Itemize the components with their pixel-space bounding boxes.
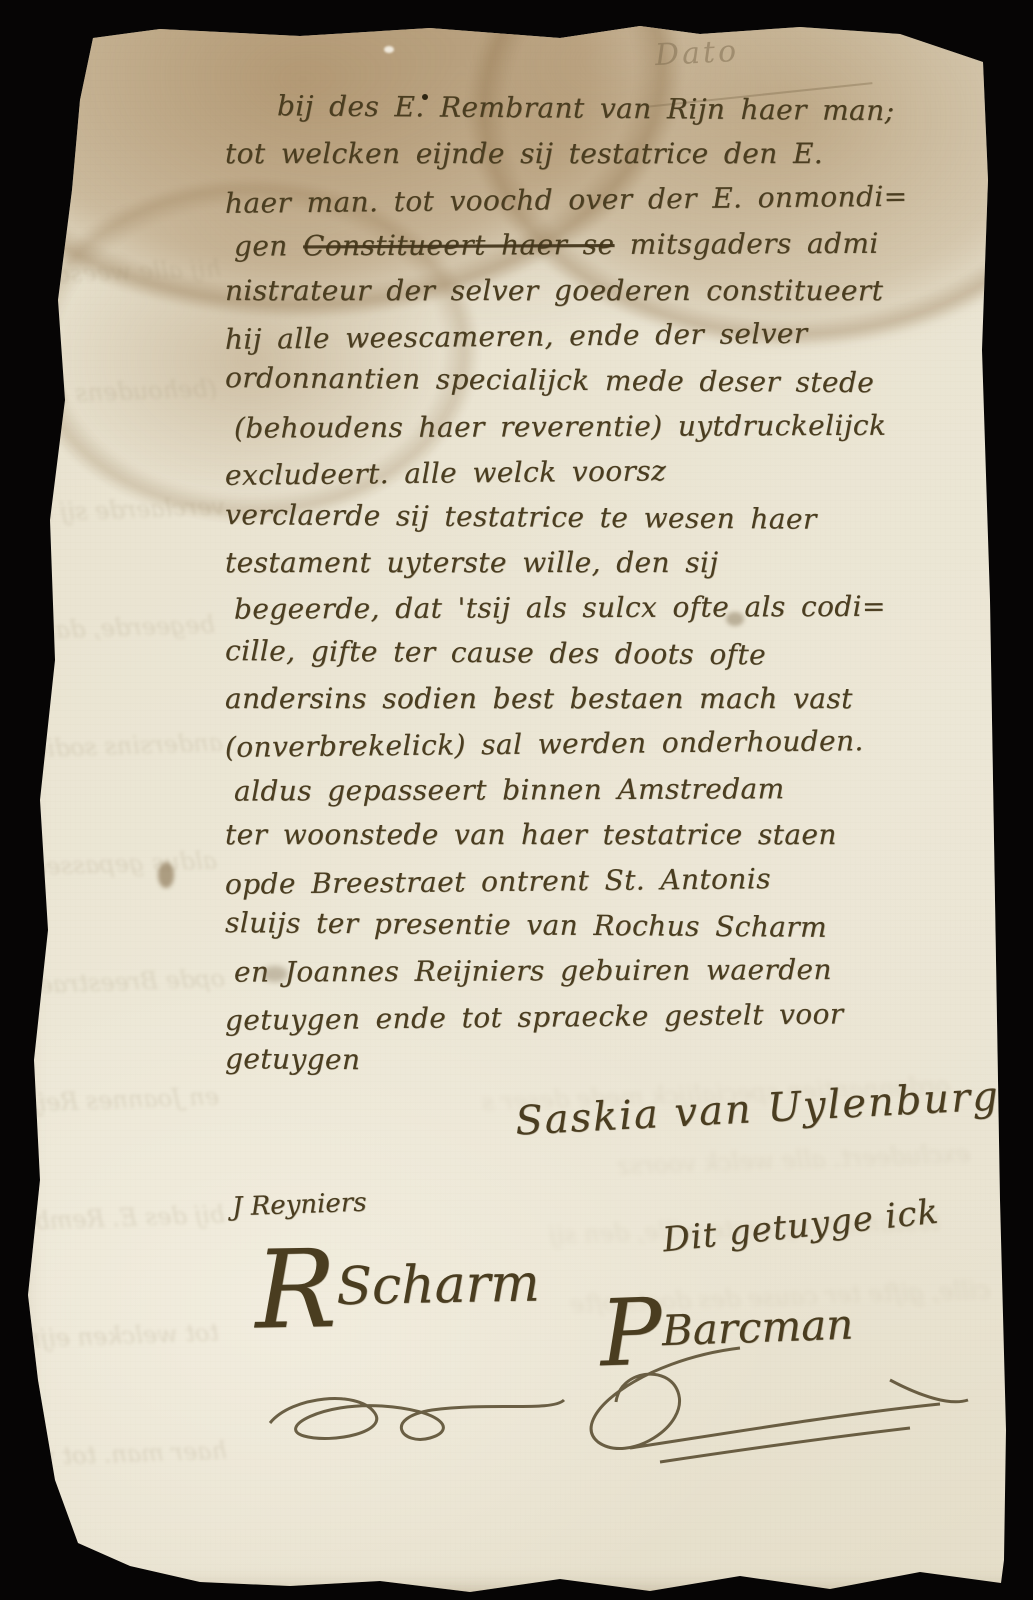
manuscript-text-fragment: mitsgaders admi	[614, 227, 878, 261]
manuscript-text-fragment: gen	[234, 229, 303, 262]
archivist-annotation-dato: Dato	[654, 34, 740, 73]
signature-flourish	[262, 1378, 602, 1448]
manuscript-line: (behoudens haer reverentie) uytdruckelij…	[234, 408, 974, 457]
signature-name: Scharm	[336, 1254, 540, 1318]
paper-fleck	[384, 46, 394, 53]
manuscript-line: begeerde, dat 'tsij als sulcx ofte als c…	[234, 590, 974, 639]
manuscript-line: ter woonstede van haer testatrice staen	[225, 818, 965, 863]
show-through-text: haer man. tot voochd over der E. onmondi…	[22, 1436, 228, 1471]
show-through-text: aldus gepasseert binnen Amstredam	[12, 846, 218, 881]
manuscript-line: en Joannes Reijniers gebuiren waerden	[234, 953, 974, 1002]
photograph-background: hij alle weescameren, ende der selver (b…	[0, 0, 1033, 1600]
manuscript-line: sluijs ter presentie van Rochus Scharm	[225, 906, 965, 957]
manuscript-line: tot welcken eijnde sij testatrice den E.	[225, 137, 965, 182]
manuscript-line: haer man. tot voochd over der E. onmondi…	[225, 179, 965, 232]
signature-flourish	[560, 1340, 980, 1470]
paper-smudge	[262, 966, 288, 982]
signature-r-scharm: RScharm	[254, 1254, 540, 1322]
show-through-text: bij des E. Rembrant van Rijn haer man;	[20, 1200, 226, 1235]
show-through-text: opde Breestraet ontrent St. Antonis	[20, 964, 226, 999]
notary-attestation-text: Dit getuyge ick	[661, 1192, 941, 1261]
manuscript-paper-sheet: hij alle weescameren, ende der selver (b…	[0, 0, 1033, 1600]
manuscript-line: bij des E. Rembrant van Rijn haer man;	[277, 89, 965, 140]
ink-dot	[422, 94, 428, 100]
manuscript-line: nistrateur der selver goederen constitue…	[225, 274, 965, 319]
manuscript-line: excludeert. alle welck voorsz	[225, 451, 965, 504]
manuscript-line: andersins sodien best bestaen mach vast	[225, 682, 965, 727]
show-through-text: tot welcken eijnde sij testatrice den E.	[14, 1318, 220, 1353]
manuscript-line-with-strikethrough: gen Constitueert haer se mitsgaders admi	[234, 227, 974, 276]
show-through-text: begeerde, dat 'tsij als sulcx ofte als c…	[10, 610, 216, 645]
ink-smudge	[158, 862, 174, 888]
manuscript-line: verclaerde sij testatrice te wesen haer	[225, 498, 965, 549]
manuscript-line: testament uyterste wille, den sij	[225, 546, 965, 591]
show-through-text: andersins sodien best bestaen mach vast	[18, 728, 224, 763]
manuscript-line: aldus gepasseert binnen Amstredam	[234, 771, 974, 820]
signature-j-reyniers: J Reyniers	[232, 1188, 368, 1223]
manuscript-line: (onverbrekelick) sal werden onderhouden.	[225, 724, 965, 777]
signature-initial: R	[254, 1227, 337, 1353]
ink-smudge	[726, 612, 744, 626]
show-through-text: excludeert. alle welck voorsz	[500, 1140, 971, 1184]
manuscript-line: hij alle weescameren, ende der selver	[225, 315, 965, 368]
manuscript-text-block: bij des E. Rembrant van Rijn haer man; t…	[225, 92, 965, 1091]
manuscript-line: ordonnantien specialijck mede deser sted…	[225, 361, 965, 412]
manuscript-line: cille, gifte ter cause des doots ofte	[225, 634, 965, 685]
manuscript-line: getuygen ende tot spraecke gestelt voor	[225, 996, 965, 1049]
manuscript-line: opde Breestraet ontrent St. Antonis	[225, 860, 965, 913]
struck-out-text: Constitueert haer se	[303, 228, 615, 262]
show-through-text: en Joannes Reijniers gebuiren waerden	[14, 1082, 220, 1117]
